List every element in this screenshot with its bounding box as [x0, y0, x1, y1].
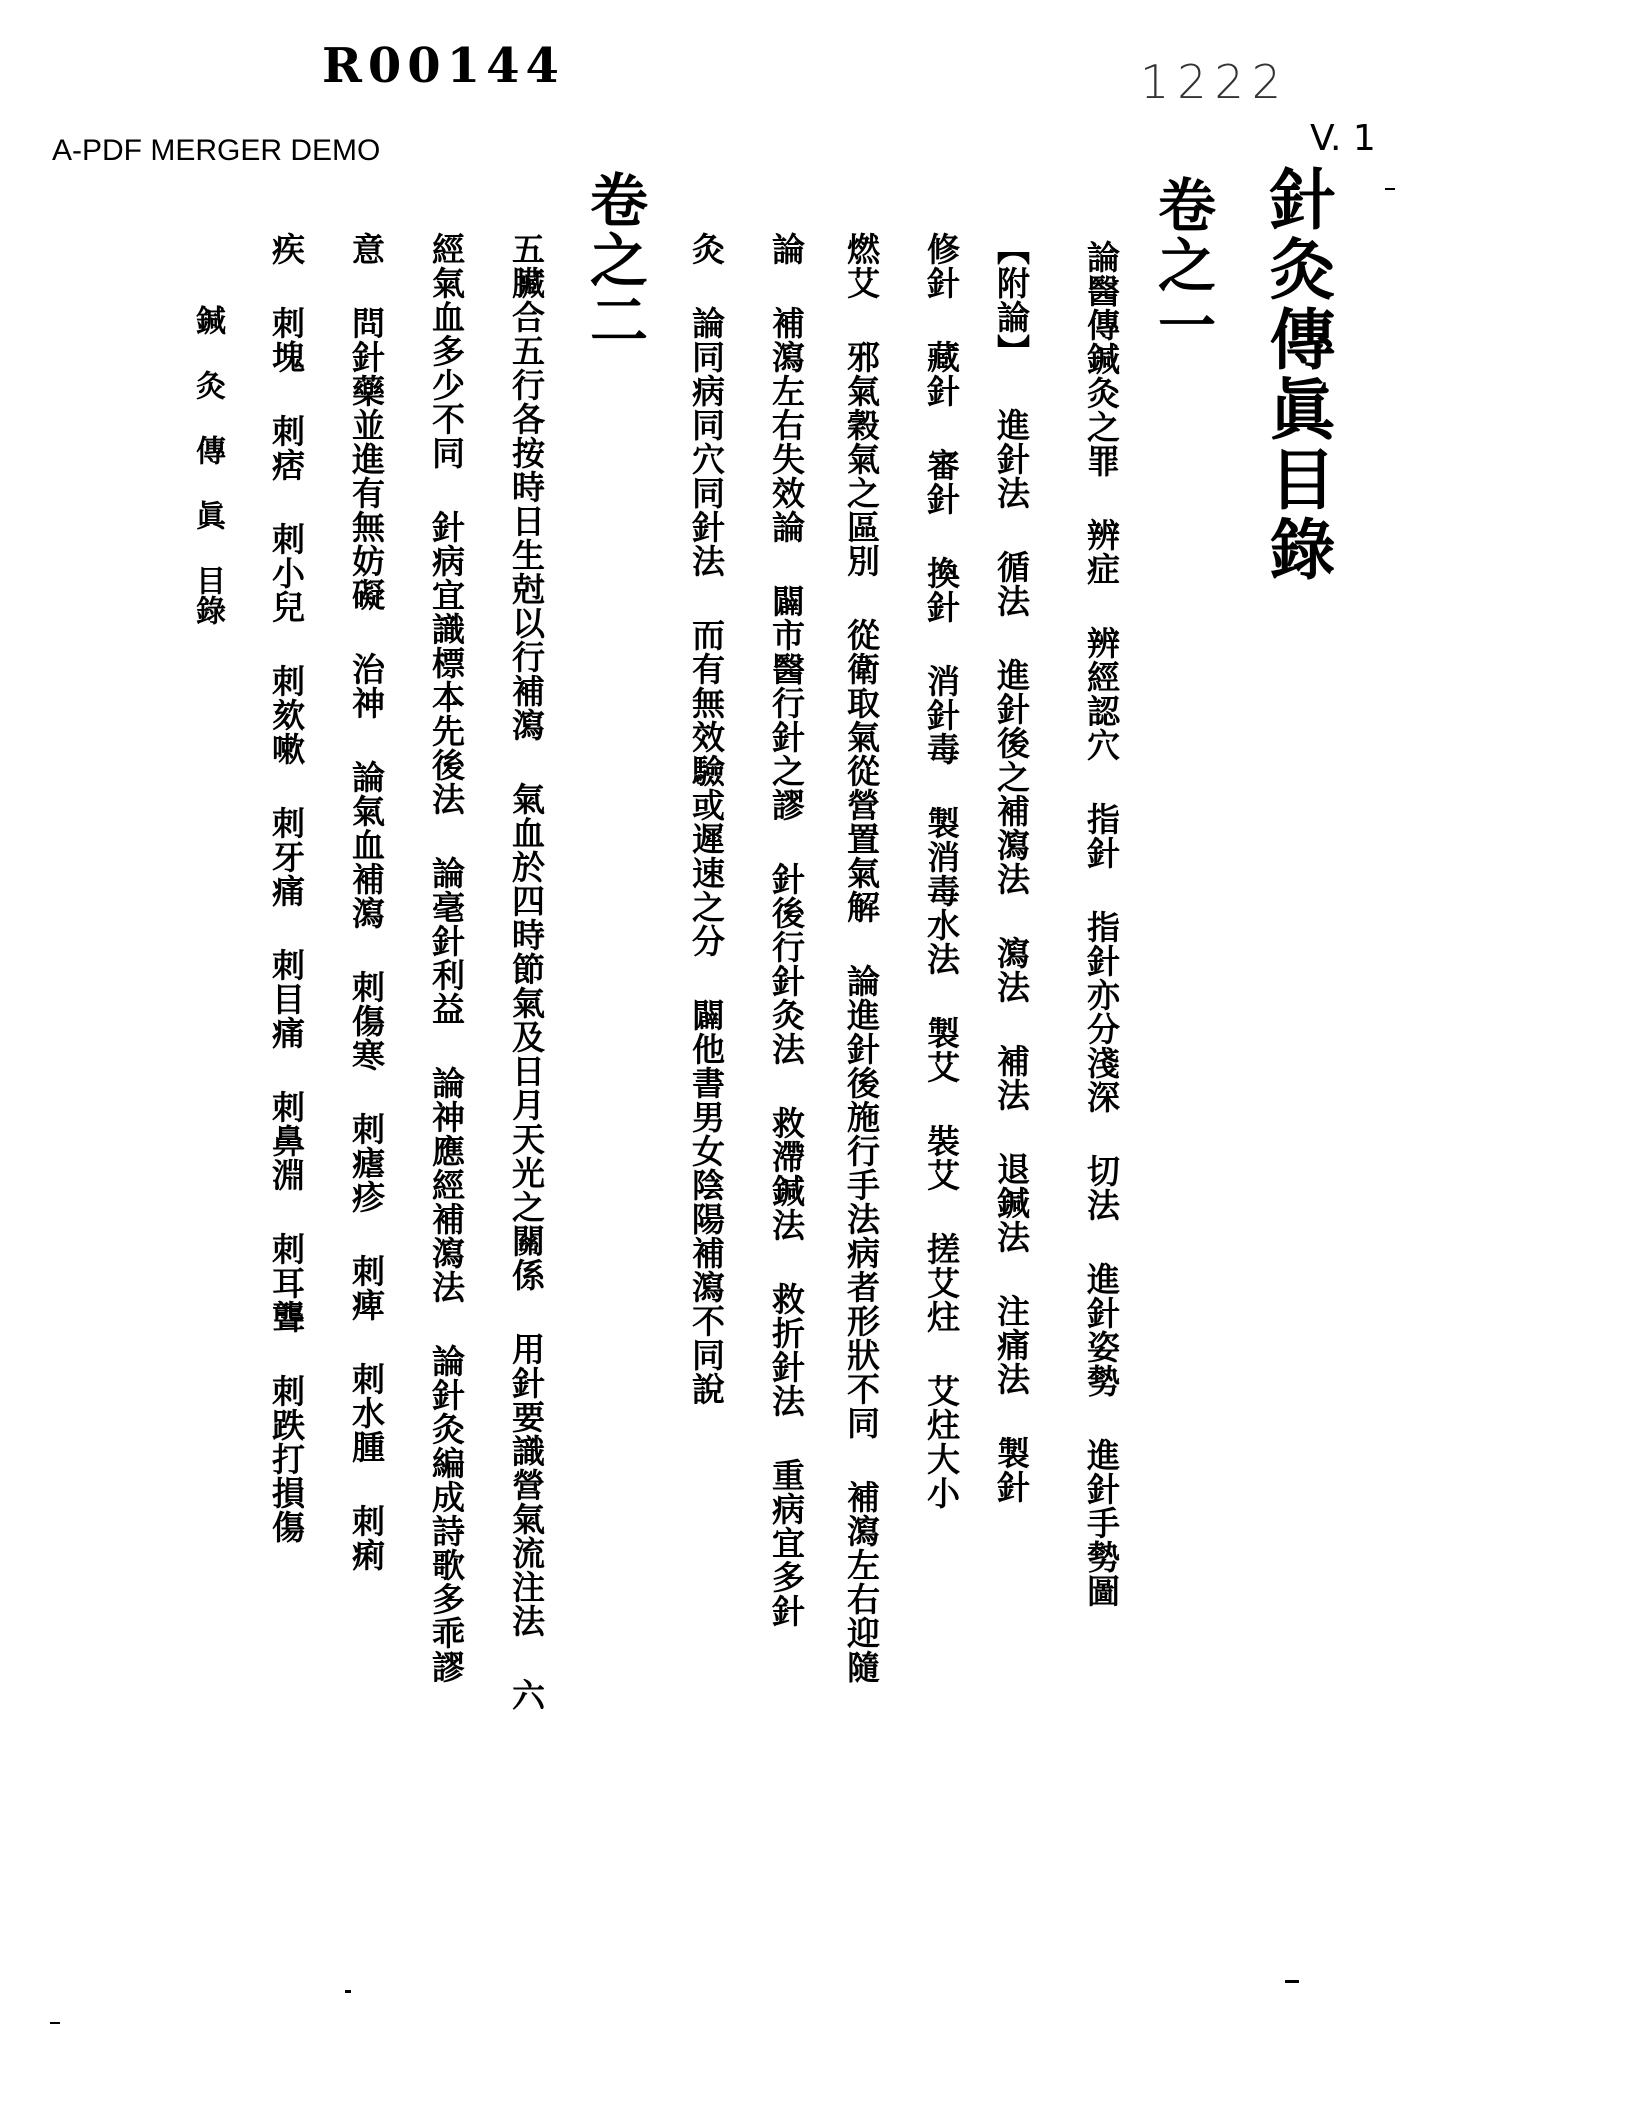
- toc-column: 意 問針藥並進有無妨礙 治神 論氣血補瀉 刺傷寒 刺瘧疹 刺痺 刺水腫 刺痢: [343, 232, 434, 1572]
- margin-char: 灸: [190, 370, 225, 400]
- toc-entry: 而有無效驗或遲速之分: [683, 618, 730, 958]
- toc-entry: 指針: [1078, 802, 1125, 870]
- toc-entry: 指針亦分淺深: [1078, 910, 1125, 1114]
- toc-entry: 刺鼻淵: [263, 1090, 310, 1192]
- margin-char: 目錄: [190, 565, 225, 625]
- toc-entry: 刺目痛: [263, 948, 310, 1050]
- toc-column: 疾 刺塊 刺痞 刺小兒 刺欬嗽 刺牙痛 刺目痛 刺鼻淵 刺耳聾 刺跌打損傷: [263, 232, 354, 1544]
- toc-entry: 切法: [1078, 1154, 1125, 1222]
- toc-entry: 辨經認穴: [1078, 626, 1125, 762]
- toc-entry: 刺痞: [263, 414, 310, 482]
- toc-entry: 刺小兒: [263, 522, 310, 624]
- toc-entry: 刺牙痛: [263, 806, 310, 908]
- scan-speck: [50, 2022, 60, 2024]
- toc-entry: 刺耳聾: [263, 1232, 310, 1334]
- margin-char: 鍼: [190, 305, 225, 335]
- margin-title: 鍼 灸 傳 眞 目錄: [185, 305, 229, 625]
- scan-speck: [1385, 188, 1395, 190]
- margin-char: 眞: [190, 500, 225, 530]
- margin-char: 傳: [190, 435, 225, 465]
- toc-entry: 重病宜多針: [763, 1458, 810, 1628]
- toc-entry: 刺欬嗽: [263, 664, 310, 766]
- toc-column: 經氣血多少不同 針病宜識標本先後法 論毫針利益 論神應經補瀉法 論針灸編成詩歌多…: [423, 232, 514, 1684]
- toc-entry: 刺跌打損傷: [263, 1374, 310, 1544]
- scan-speck: [1285, 1980, 1299, 1983]
- toc-entry: 論同病同穴同針法: [683, 306, 730, 578]
- call-number: 1222: [1140, 55, 1289, 109]
- document-title: 針灸傳眞目錄: [1250, 165, 1345, 585]
- toc-column: 灸 論同病同穴同針法 而有無效驗或遲速之分 闢他書男女陰陽補瀉不同說: [683, 232, 774, 1406]
- toc-entry: 論醫傳鍼灸之罪: [1078, 240, 1125, 478]
- toc-entry: 疾: [263, 232, 310, 266]
- toc-entry: 闢他書男女陰陽補瀉不同說: [683, 998, 730, 1406]
- volume-mark: V. 1: [1310, 118, 1376, 159]
- toc-column: 五臟合五行各按時日生尅以行補瀉 氣血於四時節氣及日月天光之關係 用針要識營氣流注…: [503, 232, 594, 1712]
- toc-column: 論 補瀉左右失效論 闢市醫行針之謬 針後行針灸法 救滯鍼法 救折針法 重病宜多針: [763, 232, 854, 1628]
- archive-stamp-number: R00144: [322, 38, 565, 94]
- toc-entry: 刺塊: [263, 306, 310, 374]
- pdf-watermark: A-PDF MERGER DEMO: [52, 134, 380, 168]
- toc-column: 論醫傳鍼灸之罪 辨症 辨經認穴 指針 指針亦分淺深 切法 進針姿勢 進針手勢圖: [1078, 240, 1169, 1608]
- toc-entry: 進針手勢圖: [1078, 1438, 1125, 1608]
- toc-entry: 辨症: [1078, 518, 1125, 586]
- toc-entry: 灸: [683, 232, 730, 266]
- toc-entry: 進針姿勢: [1078, 1262, 1125, 1398]
- toc-column: 修針 藏針 審針 換針 消針毒 製消毒水法 製艾 裝艾 搓艾炷 艾炷大小: [918, 232, 1009, 1510]
- scan-speck: [345, 1990, 351, 1993]
